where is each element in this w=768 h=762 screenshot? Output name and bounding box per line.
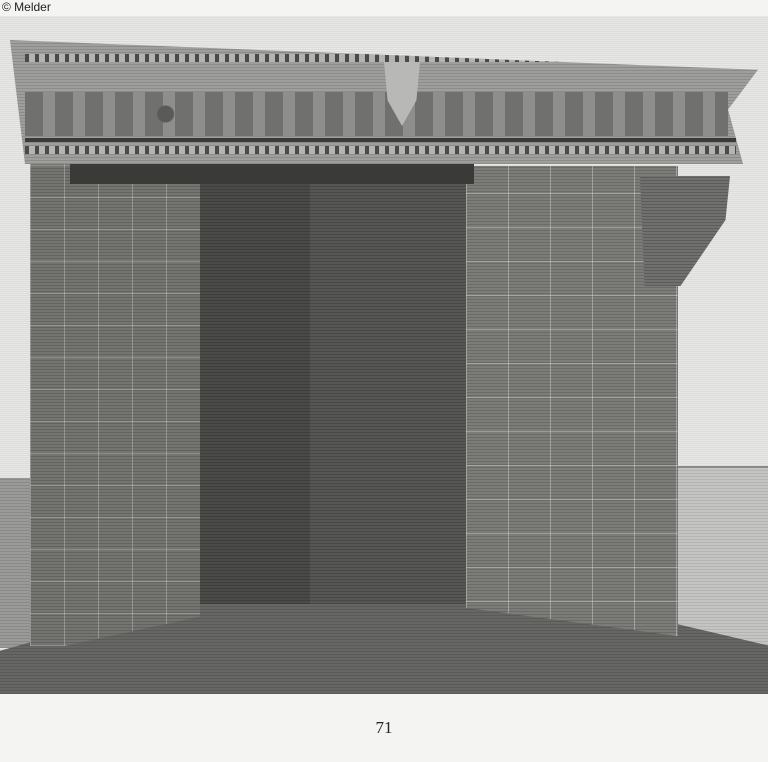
carved-frieze [25, 92, 728, 136]
copyright-label: © Melder [2, 0, 51, 15]
wall-panel-right [676, 466, 768, 648]
mantel-shelf-edge [25, 138, 736, 142]
page-number: 71 [0, 718, 768, 738]
carved-mantel-hood [10, 40, 758, 164]
carved-corbel [640, 176, 730, 286]
dentil-molding-top [25, 54, 736, 62]
fireplace-photograph [0, 16, 768, 694]
fireplace-back-wall [200, 164, 472, 604]
fireplace-inner-side-wall [200, 164, 310, 604]
dentil-molding-bottom [25, 146, 736, 154]
tiled-jamb-left [30, 156, 200, 646]
